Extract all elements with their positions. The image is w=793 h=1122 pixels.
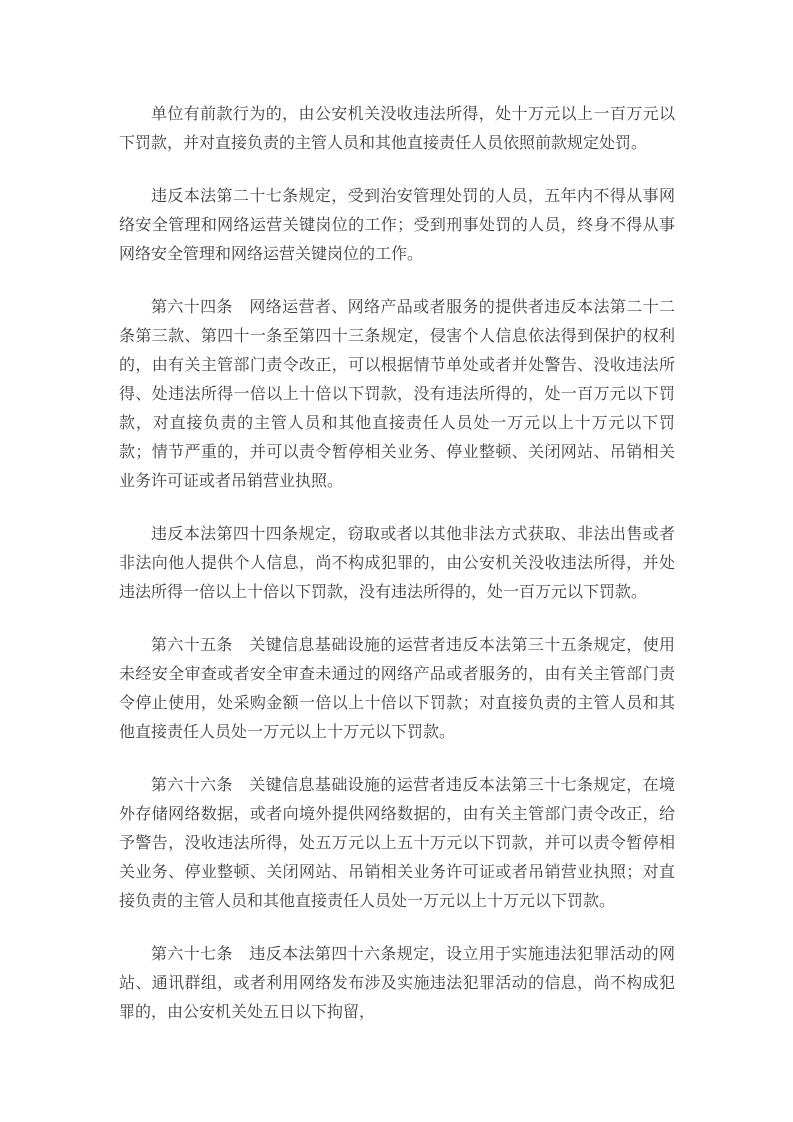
paragraph-article-27-employment-ban: 违反本法第二十七条规定，受到治安管理处罚的人员，五年内不得从事网络安全管理和网络… — [119, 181, 675, 268]
paragraph-unit-penalty: 单位有前款行为的，由公安机关没收违法所得，处十万元以上一百万元以下罚款，并对直接… — [119, 99, 675, 157]
paragraph-article-64: 第六十四条 网络运营者、网络产品或者服务的提供者违反本法第二十二条第三款、第四十… — [119, 292, 675, 495]
document-page: 单位有前款行为的，由公安机关没收违法所得，处十万元以上一百万元以下罚款，并对直接… — [0, 0, 793, 1122]
paragraph-article-67: 第六十七条 违反本法第四十六条规定，设立用于实施违法犯罪活动的网站、通讯群组，或… — [119, 939, 675, 1026]
paragraph-article-44-penalty: 违反本法第四十四条规定，窃取或者以其他非法方式获取、非法出售或者非法向他人提供个… — [119, 519, 675, 606]
paragraph-article-66: 第六十六条 关键信息基础设施的运营者违反本法第三十七条规定，在境外存储网络数据，… — [119, 770, 675, 915]
paragraph-article-65: 第六十五条 关键信息基础设施的运营者违反本法第三十五条规定，使用未经安全审查或者… — [119, 630, 675, 746]
